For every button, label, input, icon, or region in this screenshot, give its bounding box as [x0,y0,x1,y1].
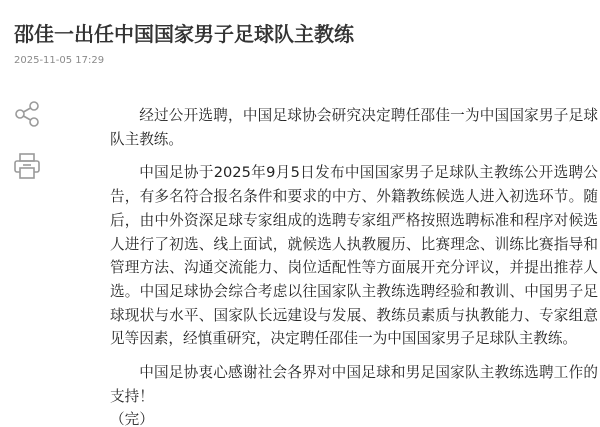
paragraph: 经过公开选聘，中国足球协会研究决定聘任邵佳一为中国国家男子足球队主教练。 [110,104,598,151]
paragraph: 中国足协于2025年9月5日发布中国国家男子足球队主教练公开选聘公告，有多名符合… [110,161,598,351]
article-end-mark: （完） [110,408,598,427]
paragraph: 中国足协衷心感谢社会各界对中国足球和男足国家队主教练选聘工作的支持！ [110,361,598,408]
article-body: 经过公开选聘，中国足球协会研究决定聘任邵佳一为中国国家男子足球队主教练。 中国足… [110,104,598,427]
share-button[interactable] [13,100,41,128]
print-icon [13,152,41,180]
publish-date: 2025-11-05 17:29 [14,54,104,68]
share-icon [13,100,41,128]
print-button[interactable] [13,152,41,180]
article-title: 邵佳一出任中国国家男子足球队主教练 [14,20,354,48]
